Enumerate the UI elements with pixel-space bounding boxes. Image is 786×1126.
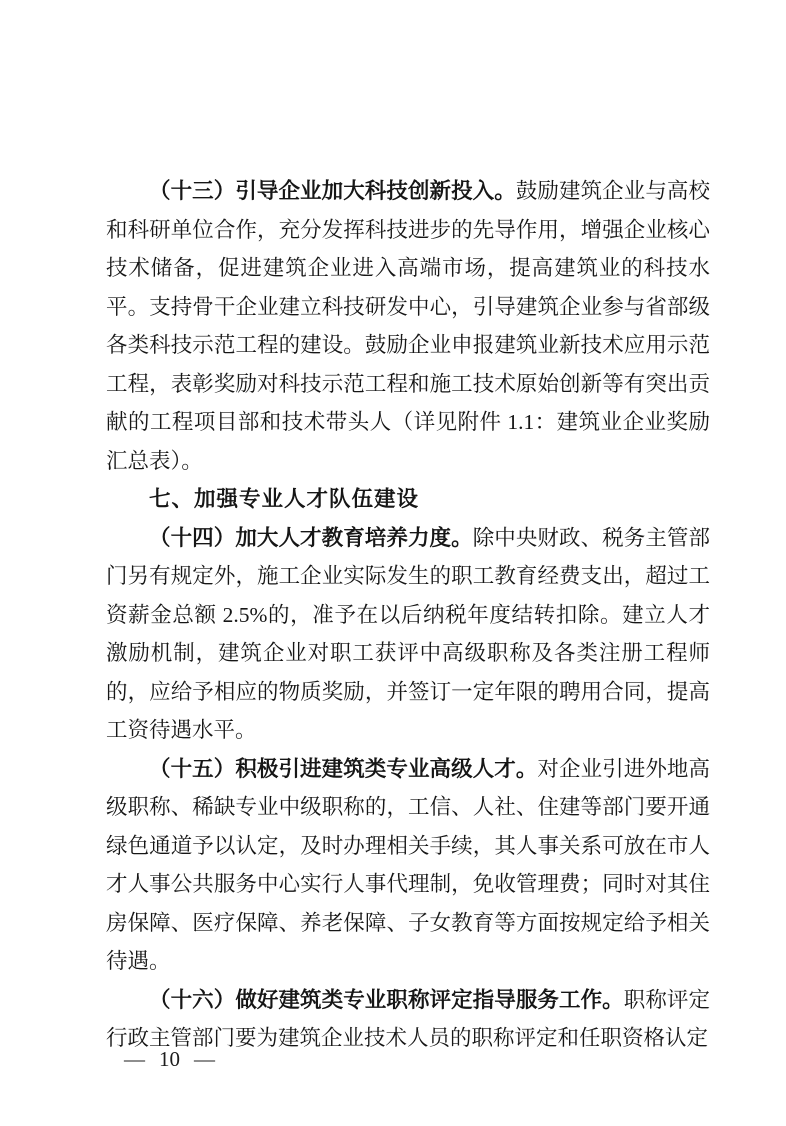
page-number-right-dash: — [194,1047,215,1071]
document-page: （十三）引导企业加大科技创新投入。鼓励建筑企业与高校和科研单位合作，充分发挥科技… [0,0,786,1126]
paragraph-13-body: 鼓励建筑企业与高校和科研单位合作，充分发挥科技进步的先导作用，增强企业核心技术储… [106,179,710,473]
page-number: —10— [124,1044,215,1074]
paragraph-15-lead: （十五）积极引进建筑类专业高级人才。 [149,757,537,781]
paragraph-14-lead: （十四）加大人才教育培养力度。 [149,526,473,550]
paragraph-13-lead: （十三）引导企业加大科技创新投入。 [149,179,516,203]
page-number-value: 10 [159,1047,180,1071]
paragraph-15-body: 对企业引进外地高级职称、稀缺专业中级职称的，工信、人社、住建等部门要开通绿色通道… [106,757,710,974]
paragraph-16-lead: （十六）做好建筑类专业职称评定指导服务工作。 [149,988,624,1012]
paragraph-item-13: （十三）引导企业加大科技创新投入。鼓励建筑企业与高校和科研单位合作，充分发挥科技… [106,172,710,480]
paragraph-14-body: 除中央财政、税务主管部门另有规定外，施工企业实际发生的职工教育经费支出，超过工资… [106,526,710,743]
section-heading-7: 七、加强专业人才队伍建设 [106,480,710,519]
document-text-block: （十三）引导企业加大科技创新投入。鼓励建筑企业与高校和科研单位合作，充分发挥科技… [106,172,710,1058]
page-number-left-dash: — [124,1047,145,1071]
paragraph-item-14: （十四）加大人才教育培养力度。除中央财政、税务主管部门另有规定外，施工企业实际发… [106,519,710,750]
paragraph-item-15: （十五）积极引进建筑类专业高级人才。对企业引进外地高级职称、稀缺专业中级职称的，… [106,750,710,981]
